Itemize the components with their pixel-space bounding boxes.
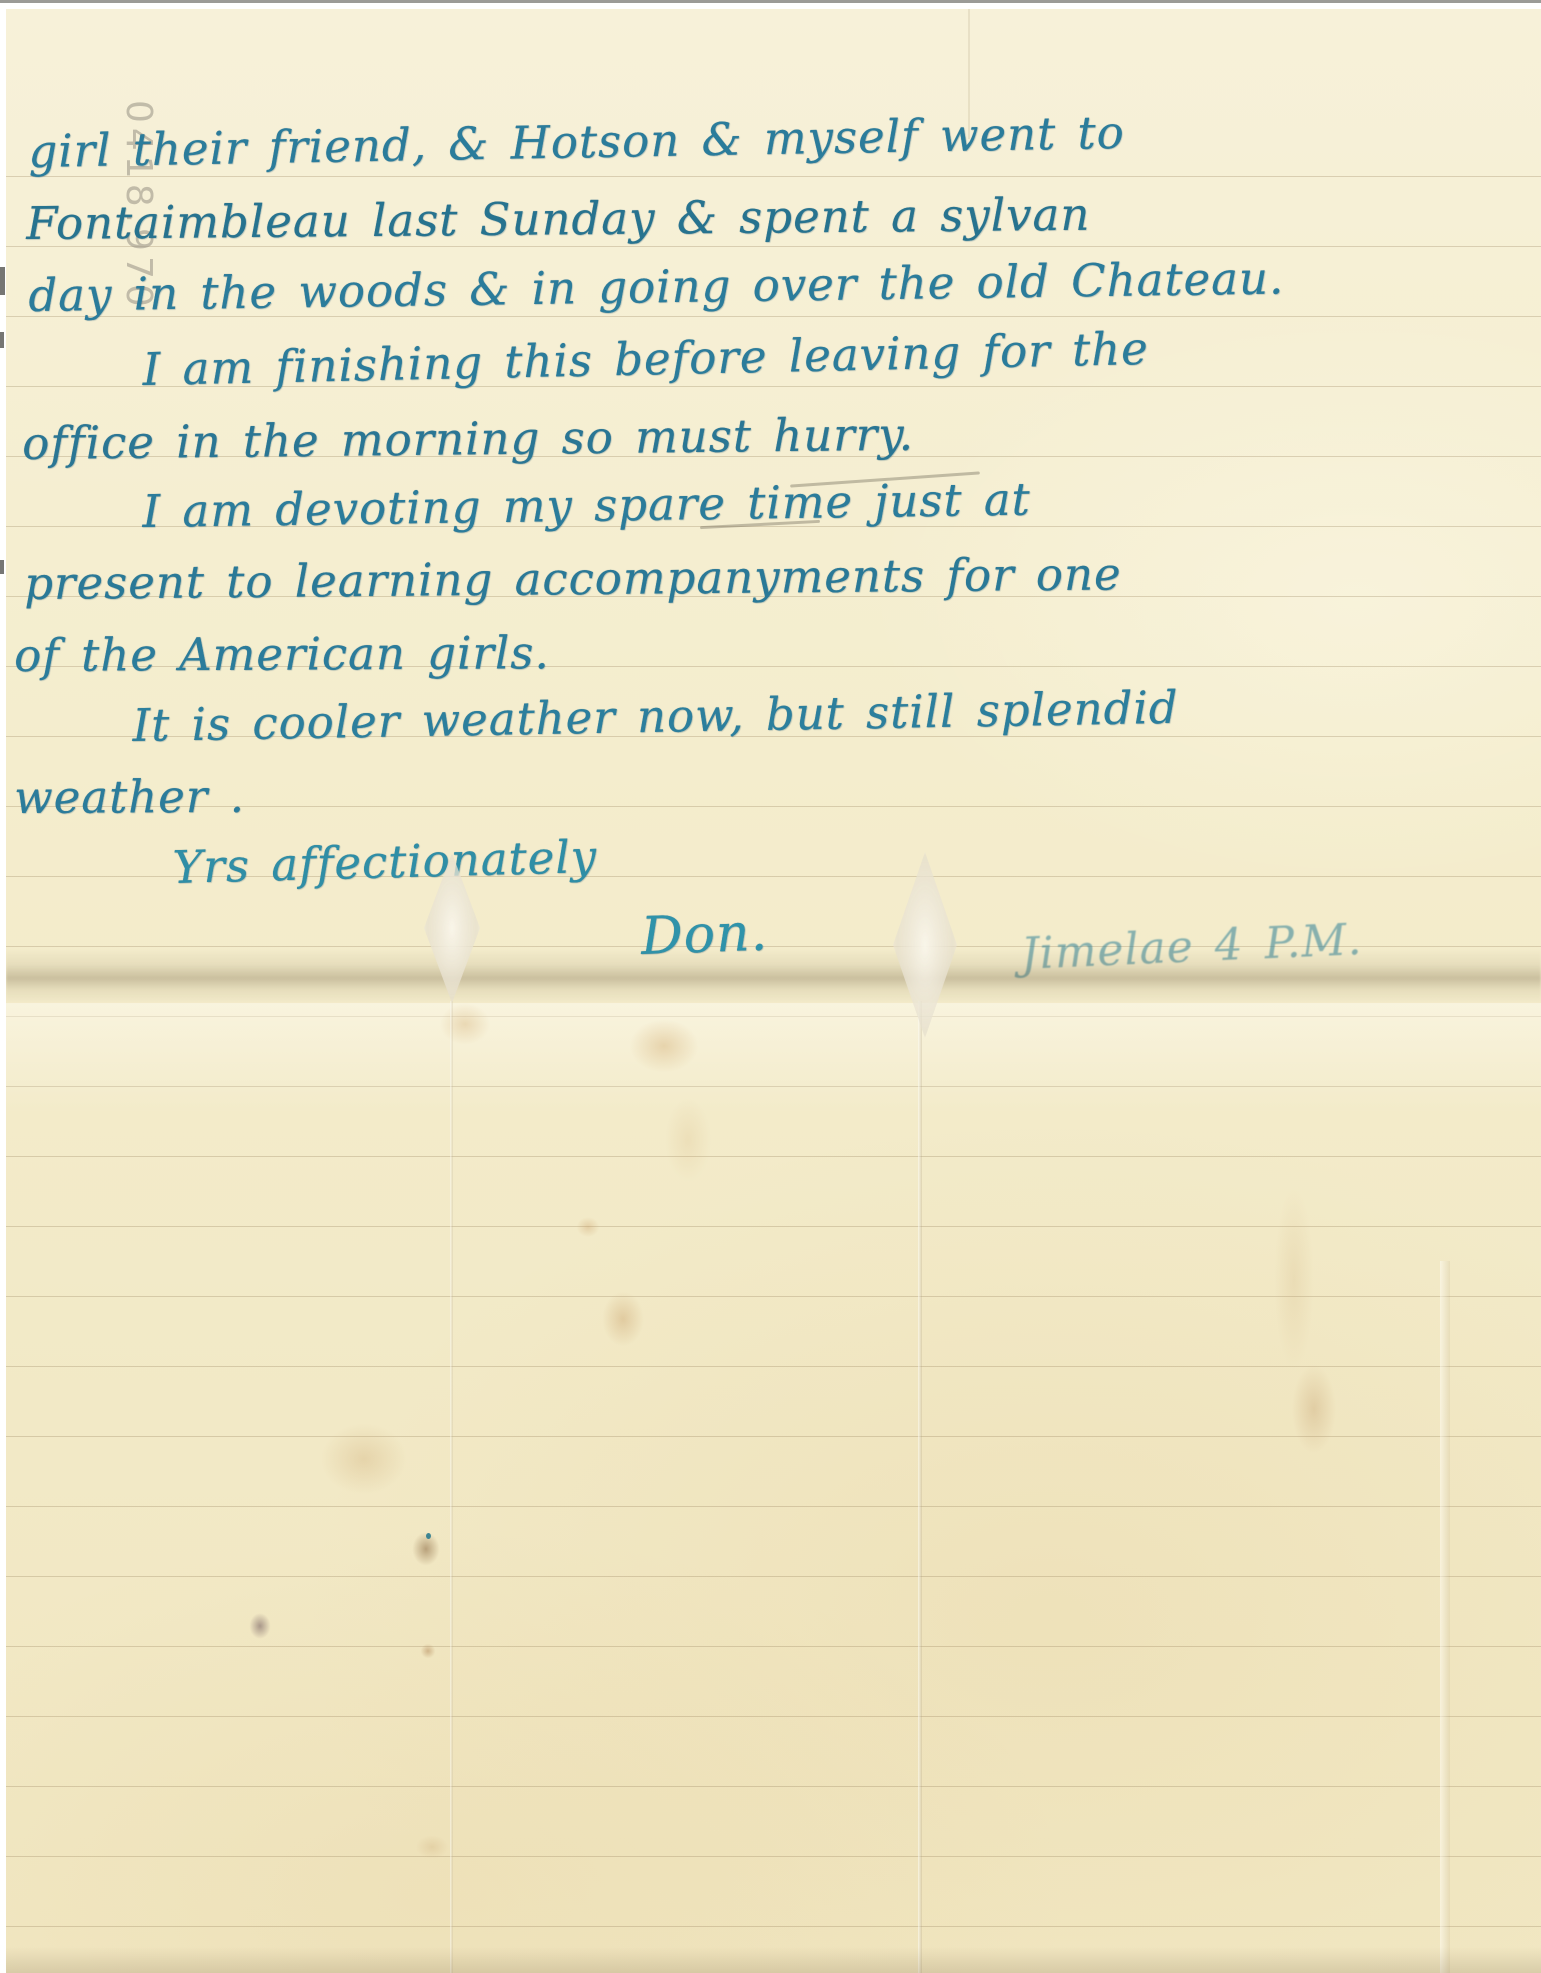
edge-mark	[0, 267, 5, 295]
handwriting-line: Fontaimbleau last Sunday & spent a sylva…	[26, 189, 1091, 250]
closing-line: Yrs affectionately	[172, 831, 598, 894]
scanner-edge	[0, 0, 1541, 3]
stain	[1268, 1159, 1320, 1399]
handwriting-line: girl their friend, & Hotson & myself wen…	[28, 107, 1125, 178]
edge-mark	[0, 560, 4, 574]
bottom-edge-shadow	[6, 1947, 1541, 1973]
stain	[594, 1281, 652, 1357]
scanned-letter: 0418.970 girl their friend, & Hotson & m…	[0, 0, 1541, 1973]
stain	[572, 1213, 604, 1241]
vertical-crease	[1440, 1261, 1450, 1973]
vertical-crease	[918, 1001, 922, 1973]
letter-paper: 0418.970 girl their friend, & Hotson & m…	[6, 9, 1541, 1973]
handwriting-line: I am finishing this before leaving for t…	[142, 323, 1149, 396]
stain	[418, 1641, 438, 1661]
fold-highlight	[6, 1003, 1541, 1113]
stain	[1284, 1349, 1344, 1469]
edge-mark	[0, 332, 4, 348]
stain	[246, 1609, 274, 1643]
stain	[410, 1831, 454, 1863]
stain	[306, 1411, 422, 1507]
handwriting-line: It is cooler weather now, but still sple…	[132, 682, 1179, 752]
handwriting-line: I am devoting my spare time just at	[142, 474, 1031, 538]
horizontal-fold-crease	[6, 949, 1541, 1003]
handwriting-line: of the American girls.	[14, 627, 550, 682]
ink-speck	[426, 1533, 431, 1539]
vertical-crease	[450, 1001, 453, 1973]
handwriting-line: weather .	[14, 771, 245, 824]
handwriting-line: office in the morning so must hurry.	[22, 409, 914, 470]
handwriting-line: present to learning accompanyments for o…	[24, 548, 1122, 609]
handwriting-line: day in the woods & in going over the old…	[28, 252, 1285, 321]
